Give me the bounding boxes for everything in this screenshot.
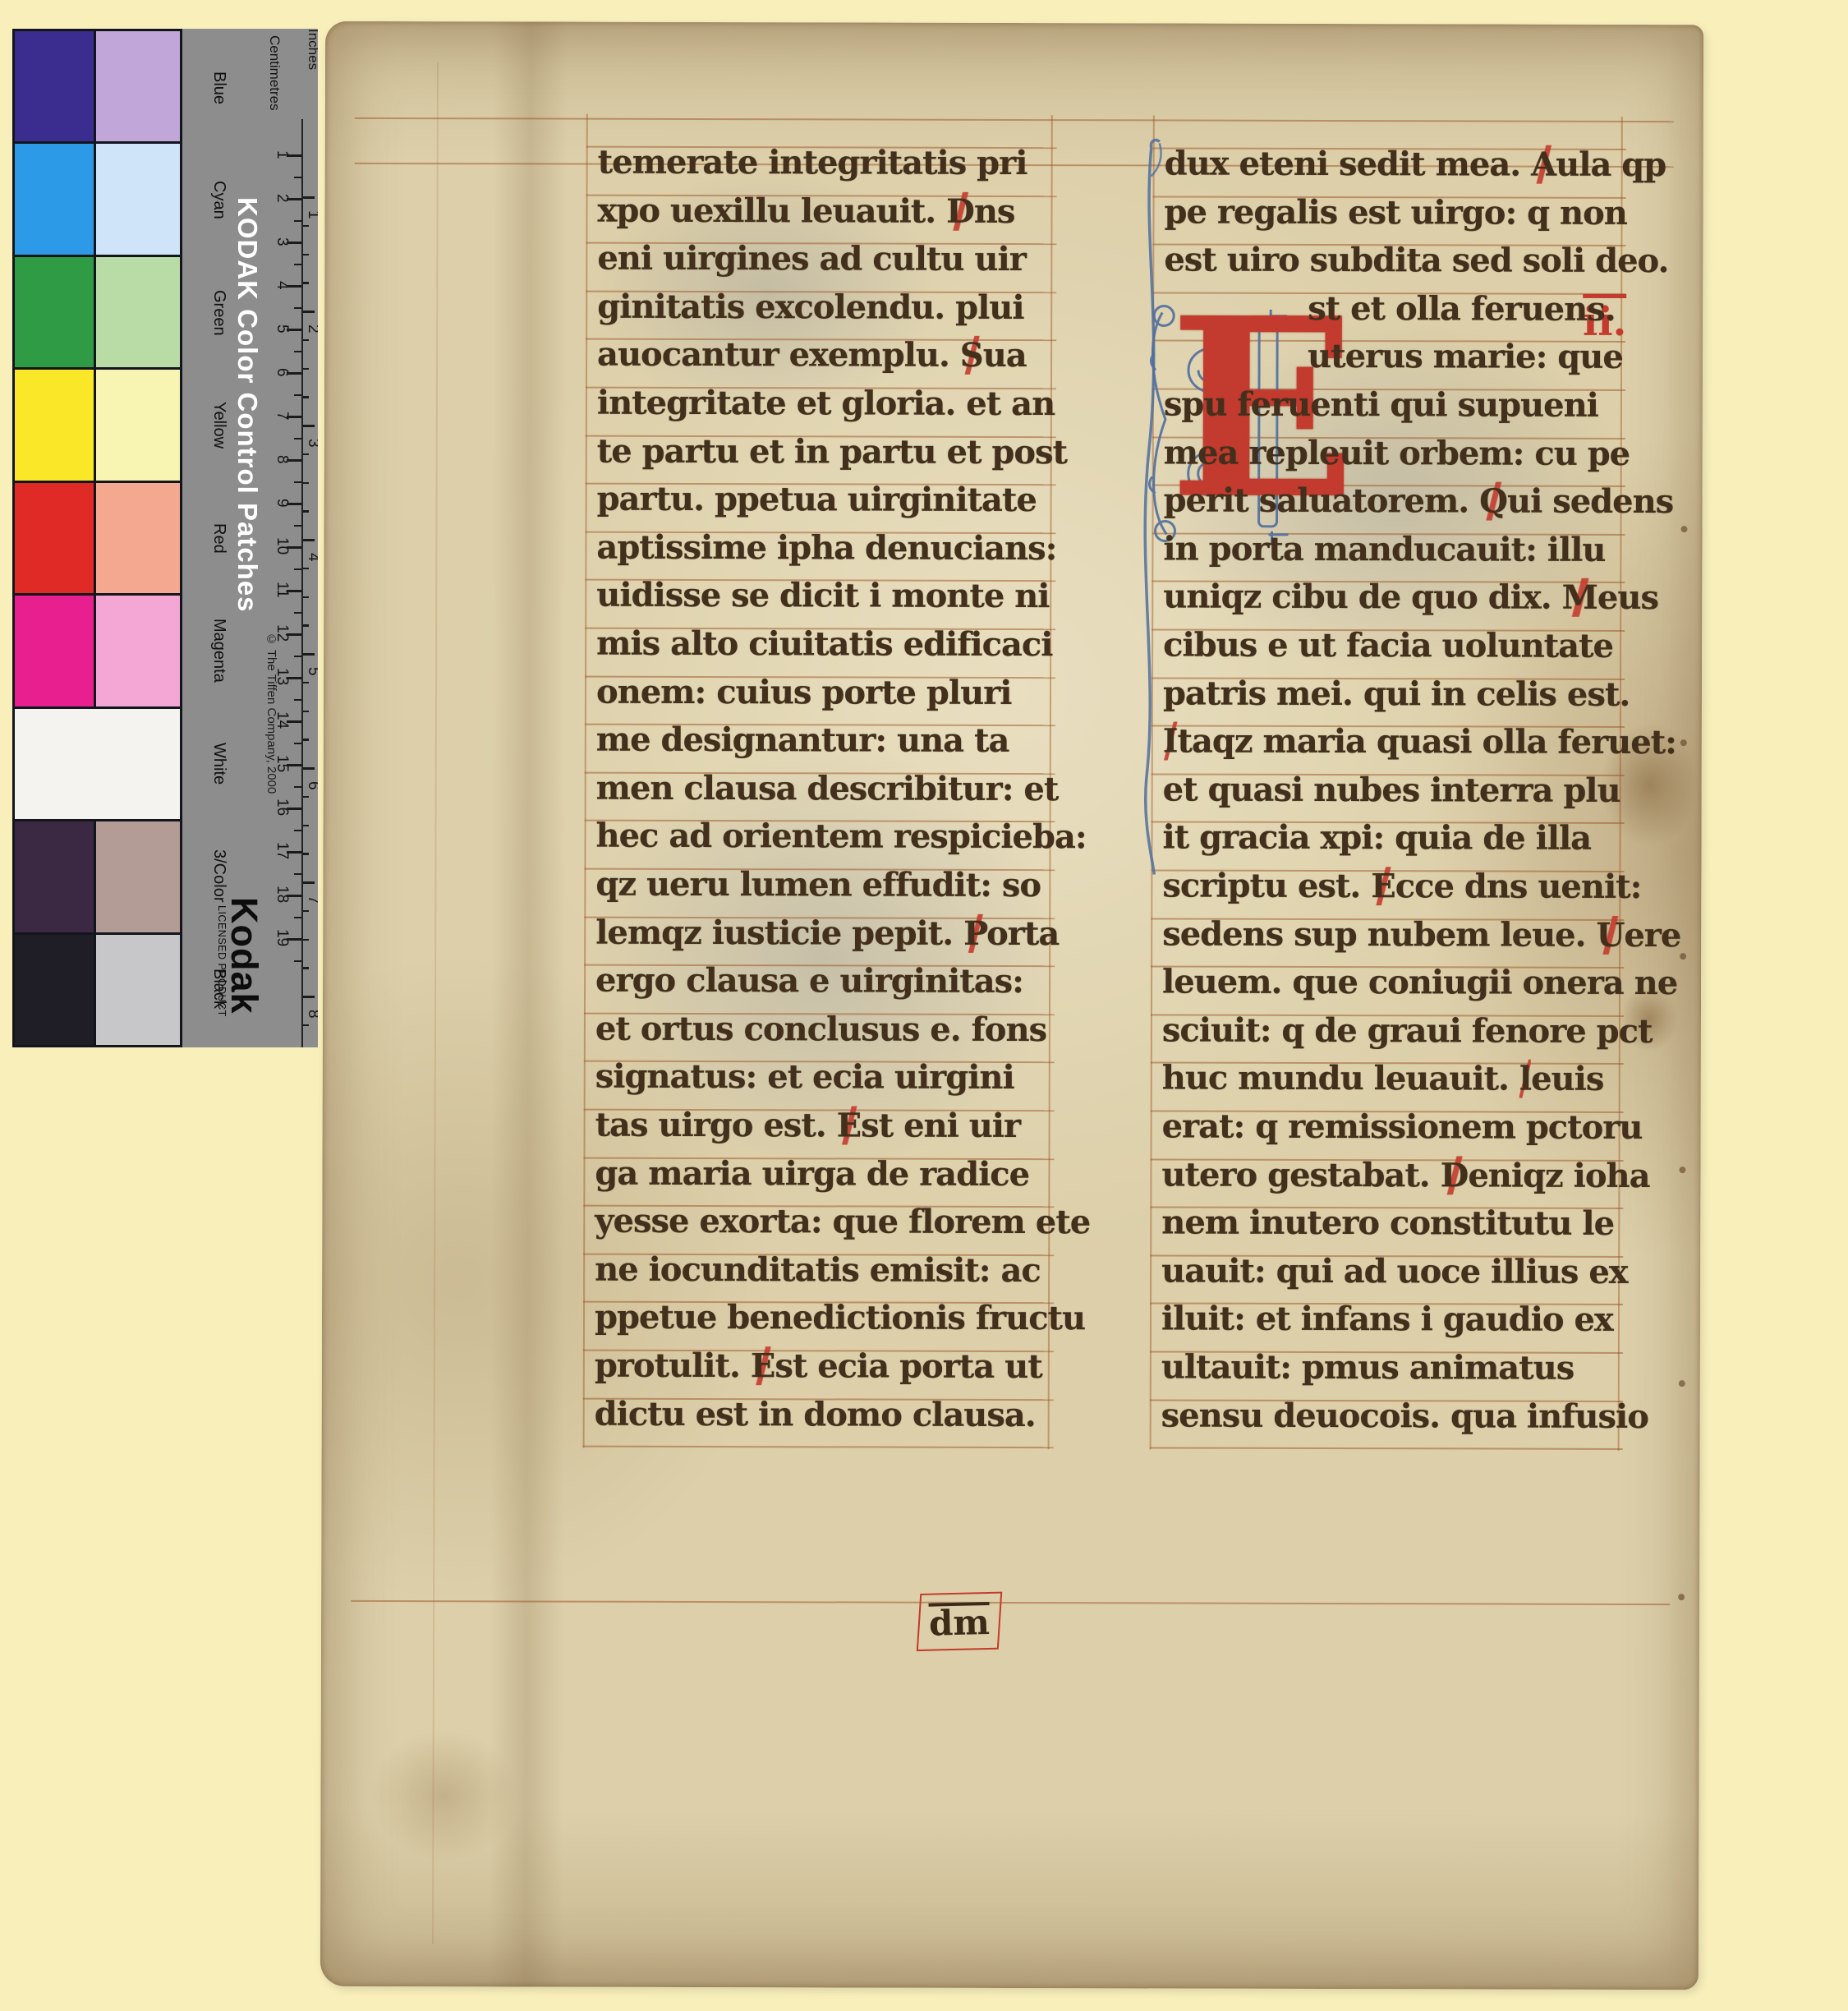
inch-tick-minor	[303, 568, 309, 570]
manuscript-line: erat: q remissionem pctoru	[1162, 1107, 1643, 1147]
manuscript-line: ergo clausa e uirginitas:	[595, 961, 1023, 1001]
manuscript-text: sedens sup nubem leue.	[1162, 914, 1596, 954]
color-swatch	[15, 144, 94, 254]
color-swatch	[15, 709, 180, 819]
brown-stain	[370, 1730, 517, 1861]
sewing-hole	[1679, 1167, 1685, 1173]
manuscript-line: dux eteni sedit mea. Aula qp	[1165, 144, 1666, 184]
inch-tick-major	[303, 311, 315, 313]
manuscript-line: cibus e ut facia uoluntate	[1163, 625, 1613, 665]
manuscript-text: uniqz cibu de quo dix.	[1163, 578, 1561, 617]
manuscript-text: orta	[986, 914, 1059, 953]
manuscript-line: ginitatis excolendu. plui	[597, 287, 1023, 326]
inch-tick-major	[303, 425, 315, 427]
sewing-hole	[1681, 526, 1688, 532]
cm-tick-major	[287, 416, 301, 418]
cm-tick-major	[287, 938, 301, 941]
rubricated-letter: Q	[1479, 482, 1507, 521]
inch-ruler-number: 1	[304, 201, 318, 228]
cm-tick-major	[287, 720, 301, 723]
cm-tick-major	[287, 285, 301, 288]
manuscript-text: dictu est in domo clausa.	[595, 1394, 1036, 1433]
swatch-row-label: 3/Color	[199, 820, 228, 932]
manuscript-text: ppetue benedictionis fructu	[595, 1298, 1085, 1338]
manuscript-text: yesse exorta: que florem ete	[595, 1202, 1090, 1242]
manuscript-text: st eni uir	[861, 1107, 1020, 1146]
cm-tick-minor	[294, 481, 301, 484]
manuscript-text: ne iocunditatis emisit: ac	[595, 1249, 1041, 1289]
cm-tick-minor	[294, 699, 301, 702]
cm-tick-minor	[294, 351, 301, 353]
manuscript-line: utero gestabat. Deniqz ioha	[1161, 1155, 1649, 1195]
rubricated-letter: l	[1519, 1060, 1531, 1098]
manuscript-line: auocantur exemplu. Sua	[597, 335, 1027, 375]
inch-tick-minor	[303, 910, 309, 913]
cm-tick-major	[287, 546, 301, 549]
manuscript-text: tas uirgo est.	[595, 1106, 837, 1145]
manuscript-line: uterus marie: que	[1308, 337, 1623, 376]
manuscript-line: protulit. Est ecia porta ut	[595, 1346, 1042, 1386]
manuscript-text: spu feruenti qui supueni	[1164, 384, 1598, 424]
inch-ruler-number: 2	[304, 315, 318, 342]
manuscript-text: est uiro subdita sed soli deo.	[1164, 241, 1668, 281]
swatch-row-label: Magenta	[199, 595, 228, 707]
inch-ruler-number: 4	[304, 544, 318, 570]
manuscript-text: signatus: et ecia uirgini	[595, 1057, 1014, 1097]
cm-tick-minor	[294, 307, 301, 310]
manuscript-line: men clausa describitur: et	[596, 768, 1059, 808]
cm-tick-minor	[294, 177, 301, 179]
manuscript-text: st et olla feruens.	[1308, 289, 1616, 329]
manuscript-line: in porta manducauit: illu	[1163, 529, 1605, 568]
color-swatch	[96, 370, 180, 480]
manuscript-text: patris mei. qui in celis est.	[1163, 674, 1630, 713]
card-gray-strip: Centimetres Inches KODAK Color Control P…	[182, 29, 318, 1047]
cm-tick-major	[287, 503, 301, 505]
manuscript-line: ga maria uirga de radice	[595, 1153, 1029, 1193]
inch-ruler-number: 3	[304, 430, 318, 456]
manuscript-text: me designantur: una ta	[596, 720, 1009, 760]
manuscript-text: scriptu est.	[1162, 866, 1371, 905]
manuscript-text: pe regalis est uirgo: q non	[1164, 192, 1627, 232]
manuscript-text: taqz maria quasi olla feruet:	[1178, 722, 1677, 762]
cm-tick-minor	[294, 743, 301, 745]
manuscript-text: perit saluatorem.	[1164, 481, 1480, 521]
inch-tick-major	[303, 196, 315, 199]
color-swatch	[96, 483, 180, 593]
parchment-crease	[489, 21, 568, 1986]
manuscript-line: scriptu est. Ecce dns uenit:	[1162, 866, 1641, 906]
inch-tick-minor	[303, 739, 309, 741]
manuscript-text: men clausa describitur: et	[596, 768, 1059, 808]
manuscript-text: eniqz ioha	[1468, 1156, 1649, 1195]
rubricated-letter: P	[963, 913, 986, 952]
manuscript-text: hec ad orientem respicieba:	[595, 817, 1086, 857]
manuscript-text: ns	[974, 191, 1015, 230]
cm-tick-major	[287, 242, 301, 244]
manuscript-text: et ortus conclusus e. fons	[595, 1009, 1046, 1048]
rubricated-letter: E	[751, 1346, 775, 1385]
manuscript-line: nem inutero constitutu le	[1161, 1203, 1614, 1243]
manuscript-text: utero gestabat.	[1161, 1155, 1440, 1194]
parchment-leaf: E ii. temerate integritatis prixpo uexil…	[320, 21, 1703, 1990]
manuscript-text: et quasi nubes interra plu	[1163, 770, 1620, 809]
manuscript-line: ppetue benedictionis fructu	[595, 1298, 1085, 1338]
manuscript-line: iluit: et infans i gaudio ex	[1161, 1300, 1613, 1339]
manuscript-text: temerate integritatis pri	[598, 143, 1027, 182]
inch-tick-minor	[303, 368, 309, 370]
manuscript-line: aptissime ipha denucians:	[596, 527, 1056, 567]
catchword-box: dm	[917, 1592, 1002, 1651]
manuscript-text: ula qp	[1556, 145, 1666, 184]
manuscript-text: sciuit: q de graui fenore pct	[1162, 1010, 1653, 1051]
manuscript-line: patris mei. qui in celis est.	[1163, 674, 1630, 713]
rubricated-letter: I	[1163, 722, 1178, 761]
manuscript-text: st ecia porta ut	[775, 1346, 1041, 1386]
cm-tick-minor	[294, 917, 301, 919]
sewing-hole	[1680, 953, 1686, 959]
manuscript-text: ergo clausa e uirginitas:	[595, 961, 1023, 1001]
manuscript-line: dictu est in domo clausa.	[595, 1394, 1036, 1433]
manuscript-line: et ortus conclusus e. fons	[595, 1009, 1046, 1048]
inch-tick-minor	[303, 825, 309, 827]
manuscript-text: ga maria uirga de radice	[595, 1153, 1029, 1193]
manuscript-line: est uiro subdita sed soli deo.	[1164, 241, 1668, 281]
manuscript-text: mis alto ciuitatis edificaci	[596, 624, 1052, 664]
color-swatch	[15, 257, 94, 367]
manuscript-line: sciuit: q de graui fenore pct	[1162, 1010, 1653, 1051]
color-swatch	[96, 821, 180, 932]
inch-tick-minor	[303, 282, 309, 284]
manuscript-line: mea repleuit orbem: cu pe	[1164, 433, 1630, 472]
sewing-hole	[1678, 1594, 1685, 1600]
manuscript-line: hec ad orientem respicieba:	[595, 817, 1086, 857]
manuscript-text: ui sedens	[1507, 482, 1673, 522]
inch-tick-minor	[303, 396, 309, 398]
manuscript-line: signatus: et ecia uirgini	[595, 1057, 1014, 1097]
manuscript-line: sedens sup nubem leue. Uere	[1162, 914, 1680, 955]
manuscript-text: qz ueru lumen effudit: so	[595, 865, 1041, 904]
manuscript-line: lemqz iusticie pepit. Porta	[595, 913, 1059, 952]
manuscript-text: aptissime ipha denucians:	[596, 527, 1056, 567]
manuscript-text: eus	[1597, 578, 1658, 617]
manuscript-text: mea repleuit orbem: cu pe	[1164, 433, 1630, 472]
cm-tick-major	[287, 764, 301, 766]
inch-tick-minor	[303, 453, 309, 456]
cm-tick-major	[287, 808, 301, 810]
manuscript-line: perit saluatorem. Qui sedens	[1164, 481, 1674, 522]
color-swatch	[15, 483, 94, 593]
inch-tick-major	[303, 539, 315, 541]
manuscript-text: partu. ppetua uirginitate	[597, 480, 1037, 519]
cm-tick-major	[287, 329, 301, 331]
swatch-row-label: Green	[199, 256, 228, 369]
margin-line	[432, 62, 439, 1944]
inch-tick-major	[303, 881, 315, 884]
swatch-grid	[12, 29, 182, 1047]
inches-label: Inches	[303, 29, 318, 86]
manuscript-text: ginitatis excolendu. plui	[597, 287, 1023, 326]
cm-tick-major	[287, 633, 301, 636]
manuscript-text: nem inutero constitutu le	[1161, 1203, 1614, 1243]
manuscript-text: leuem. que coniugii onera ne	[1162, 963, 1677, 1003]
color-swatch	[15, 821, 94, 932]
inch-tick-minor	[303, 254, 309, 256]
rubricated-letter: S	[960, 336, 983, 375]
inch-tick-minor	[303, 939, 309, 941]
manuscript-line: qz ueru lumen effudit: so	[595, 865, 1041, 904]
inch-tick-minor	[303, 624, 309, 627]
rubricated-letter: D	[946, 191, 974, 230]
cm-tick-minor	[294, 960, 301, 963]
swatch-row-label: White	[199, 707, 228, 820]
inch-tick-minor	[303, 596, 309, 599]
manuscript-line: ne iocunditatis emisit: ac	[595, 1249, 1041, 1289]
inch-tick-minor	[303, 339, 309, 342]
inch-tick-minor	[303, 482, 309, 485]
column-boundary-line	[583, 114, 588, 1448]
inch-tick-minor	[303, 225, 309, 228]
manuscript-text: euis	[1531, 1060, 1603, 1098]
rubricated-letter: M	[1562, 578, 1597, 617]
rubricated-letter: D	[1441, 1156, 1469, 1194]
cm-tick-major	[287, 459, 301, 462]
manuscript-text: xpo uexillu leuauit.	[597, 191, 946, 230]
cm-tick-minor	[294, 873, 301, 876]
manuscript-line: temerate integritatis pri	[598, 143, 1027, 182]
manuscript-line: mis alto ciuitatis edificaci	[596, 624, 1052, 664]
ruled-line	[583, 1446, 1054, 1449]
manuscript-text: onem: cuius porte pluri	[596, 672, 1012, 711]
manuscript-text: uidisse se dicit i monte ni	[596, 576, 1049, 615]
manuscript-text: it gracia xpi: quia de illa	[1162, 818, 1591, 858]
cm-tick-minor	[294, 264, 301, 266]
manuscript-text: sensu deuocois. qua infusio	[1161, 1396, 1648, 1436]
inch-tick-minor	[303, 967, 309, 969]
rubricated-letter: A	[1531, 145, 1556, 184]
manuscript-line: eni uirgines ad cultu uir	[597, 239, 1026, 278]
inch-tick-minor	[303, 510, 309, 513]
cm-tick-major	[287, 198, 301, 200]
manuscript-text: te partu et in partu et post	[597, 431, 1067, 471]
inch-tick-minor	[303, 1024, 309, 1027]
cm-tick-minor	[294, 394, 301, 397]
cm-tick-major	[287, 154, 301, 157]
manuscript-line: te partu et in partu et post	[597, 431, 1067, 471]
manuscript-line: onem: cuius porte pluri	[596, 672, 1012, 711]
manuscript-text: erat: q remissionem pctoru	[1162, 1107, 1643, 1147]
manuscript-text: in porta manducauit: illu	[1163, 529, 1605, 568]
cm-tick-major	[287, 851, 301, 854]
manuscript-text: ua	[983, 336, 1027, 375]
manuscript-line: uauit: qui ad uoce illius ex	[1161, 1251, 1628, 1291]
color-swatch	[15, 596, 94, 706]
manuscript-text: iluit: et infans i gaudio ex	[1161, 1300, 1613, 1339]
photograph-of-manuscript-leaf-with-color-card: { "color_card": { "title": "KODAK Color …	[0, 0, 1848, 2011]
cm-tick-minor	[294, 220, 301, 223]
cm-tick-major	[287, 590, 301, 592]
inch-tick-minor	[303, 796, 309, 798]
manuscript-line: huc mundu leuauit. leuis	[1162, 1059, 1604, 1098]
color-swatch	[96, 257, 180, 367]
manuscript-text: integritate et gloria. et an	[597, 384, 1055, 423]
manuscript-line: it gracia xpi: quia de illa	[1162, 818, 1591, 858]
manuscript-line: partu. ppetua uirginitate	[597, 480, 1037, 519]
catchword-text: dm	[929, 1602, 991, 1641]
cm-tick-major	[287, 895, 301, 897]
manuscript-line: ultauit: pmus animatus	[1161, 1347, 1574, 1387]
manuscript-line: Itaqz maria quasi olla feruet:	[1163, 722, 1676, 762]
manuscript-line: uidisse se dicit i monte ni	[596, 576, 1049, 615]
manuscript-text: auocantur exemplu.	[597, 335, 960, 375]
color-swatch	[96, 144, 180, 254]
card-title: KODAK Color Control Patches	[228, 168, 263, 641]
inch-ruler-number: 8	[304, 1001, 318, 1027]
cm-tick-minor	[294, 612, 301, 614]
manuscript-text: dux eteni sedit mea.	[1165, 144, 1532, 183]
manuscript-text: ultauit: pmus animatus	[1161, 1347, 1574, 1387]
cm-tick-major	[287, 372, 301, 375]
manuscript-line: tas uirgo est. Est eni uir	[595, 1106, 1021, 1145]
inch-tick-minor	[303, 711, 309, 713]
cm-tick-minor	[294, 656, 301, 658]
manuscript-line: et quasi nubes interra plu	[1163, 770, 1620, 809]
color-swatch	[15, 935, 94, 1045]
manuscript-line: st et olla feruens.	[1308, 289, 1616, 329]
rubricated-letter: E	[837, 1106, 862, 1144]
manuscript-line: integritate et gloria. et an	[597, 384, 1055, 423]
manuscript-line: me designantur: una ta	[596, 720, 1009, 760]
manuscript-text: cce dns uenit:	[1395, 867, 1642, 906]
cm-tick-minor	[294, 525, 301, 527]
cm-tick-major	[287, 677, 301, 679]
manuscript-text: huc mundu leuauit.	[1162, 1059, 1519, 1098]
inch-tick-major	[303, 767, 315, 770]
kodak-color-control-card: Centimetres Inches KODAK Color Control P…	[12, 29, 318, 1047]
kodak-brand-logo: Kodak	[226, 865, 265, 1046]
manuscript-line: pe regalis est uirgo: q non	[1164, 192, 1627, 232]
manuscript-text: cibus e ut facia uoluntate	[1163, 625, 1613, 665]
manuscript-line: sensu deuocois. qua infusio	[1161, 1396, 1648, 1436]
swatch-row-label: Black	[199, 932, 228, 1045]
manuscript-text: uauit: qui ad uoce illius ex	[1161, 1251, 1628, 1291]
inch-ruler-number: 6	[304, 772, 318, 798]
inch-tick-major	[303, 996, 315, 998]
manuscript-text: uterus marie: que	[1308, 337, 1623, 376]
inch-ruler-number: 5	[304, 658, 318, 684]
ruler-divider-line	[301, 119, 303, 1047]
inch-tick-minor	[303, 853, 309, 855]
ruled-line	[1150, 1447, 1623, 1451]
swatch-row-label: Yellow	[199, 369, 228, 481]
manuscript-text: lemqz iusticie pepit.	[595, 913, 963, 952]
sewing-hole	[1680, 739, 1687, 746]
cm-tick-minor	[294, 786, 301, 789]
cm-tick-minor	[294, 830, 301, 832]
inch-tick-major	[303, 653, 315, 656]
swatch-row-label: Red	[199, 481, 228, 594]
manuscript-line: uniqz cibu de quo dix. Meus	[1163, 578, 1658, 618]
cm-tick-minor	[294, 438, 301, 440]
color-swatch	[96, 596, 180, 706]
cm-tick-minor	[294, 568, 301, 571]
manuscript-line: xpo uexillu leuauit. Dns	[597, 191, 1014, 230]
rubricated-letter: E	[1371, 867, 1395, 905]
inch-ruler-number: 7	[304, 886, 318, 913]
manuscript-text: protulit.	[595, 1346, 751, 1385]
manuscript-text: ere	[1624, 916, 1680, 955]
inch-tick-minor	[303, 682, 309, 684]
manuscript-line: yesse exorta: que florem ete	[595, 1202, 1090, 1242]
swatch-row-label: Blue	[199, 31, 228, 144]
rubricated-letter: U	[1596, 915, 1624, 954]
color-swatch	[96, 31, 180, 141]
color-swatch	[15, 31, 94, 141]
manuscript-text: eni uirgines ad cultu uir	[597, 239, 1026, 278]
manuscript-line: spu feruenti qui supueni	[1164, 384, 1598, 424]
color-swatch	[96, 935, 180, 1045]
sewing-hole	[1679, 1380, 1685, 1387]
color-swatch	[15, 370, 94, 480]
swatch-row-label: Cyan	[199, 144, 228, 256]
manuscript-line: leuem. que coniugii onera ne	[1162, 963, 1677, 1003]
centimetres-label: Centimetres	[262, 35, 283, 150]
